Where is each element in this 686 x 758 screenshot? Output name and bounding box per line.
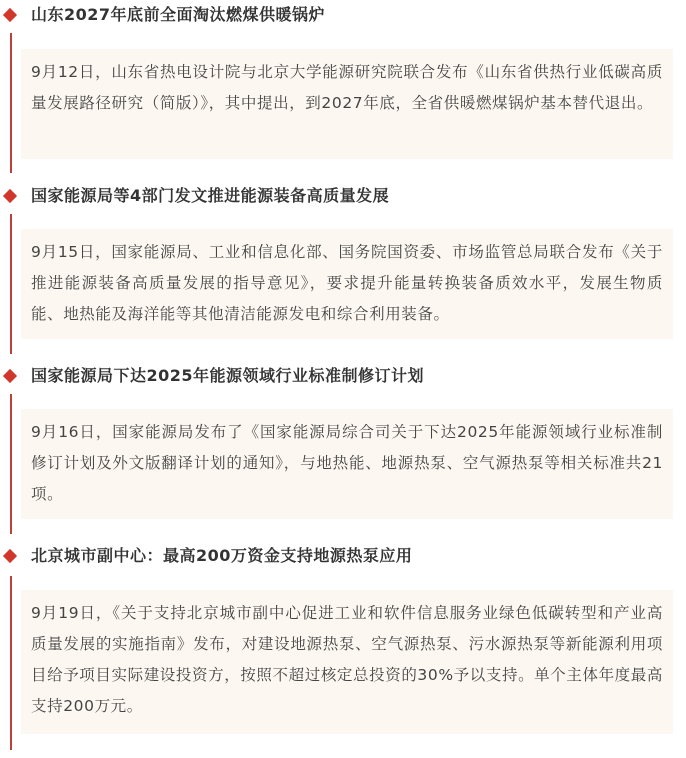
news-title: 国家能源局下达2025年能源领域行业标准制修订计划 (31, 366, 424, 386)
news-body: 9月19日，《关于支持北京城市副中心促进工业和软件信息服务业绿色低碳转型和产业高… (31, 598, 663, 722)
news-title: 北京城市副中心：最高200万资金支持地源热泵应用 (31, 546, 412, 566)
news-body-box: 9月19日，《关于支持北京城市副中心促进工业和软件信息服务业绿色低碳转型和产业高… (21, 590, 673, 734)
news-body: 9月15日，国家能源局、工业和信息化部、国务院国资委、市场监管总局联合发布《关于… (31, 237, 663, 330)
news-body-box: 9月16日，国家能源局发布了《国家能源局综合司关于下达2025年能源领域行业标准… (21, 409, 673, 519)
diamond-bullet-icon (3, 8, 17, 22)
news-title: 山东2027年底前全面淘汰燃煤供暖锅炉 (31, 5, 325, 25)
news-body: 9月12日，山东省热电设计院与北京大学能源研究院联合发布《山东省供热行业低碳高质… (31, 57, 663, 119)
news-title: 国家能源局等4部门发文推进能源装备高质量发展 (31, 186, 389, 206)
timeline-line (10, 576, 12, 750)
timeline-line (10, 214, 12, 354)
news-body: 9月16日，国家能源局发布了《国家能源局综合司关于下达2025年能源领域行业标准… (31, 417, 663, 510)
diamond-bullet-icon (3, 189, 17, 203)
news-body-box: 9月15日，国家能源局、工业和信息化部、国务院国资委、市场监管总局联合发布《关于… (21, 229, 673, 339)
timeline-line (10, 33, 12, 173)
news-body-box: 9月12日，山东省热电设计院与北京大学能源研究院联合发布《山东省供热行业低碳高质… (21, 49, 673, 159)
diamond-bullet-icon (3, 369, 17, 383)
diamond-bullet-icon (3, 549, 17, 563)
timeline-line (10, 394, 12, 534)
